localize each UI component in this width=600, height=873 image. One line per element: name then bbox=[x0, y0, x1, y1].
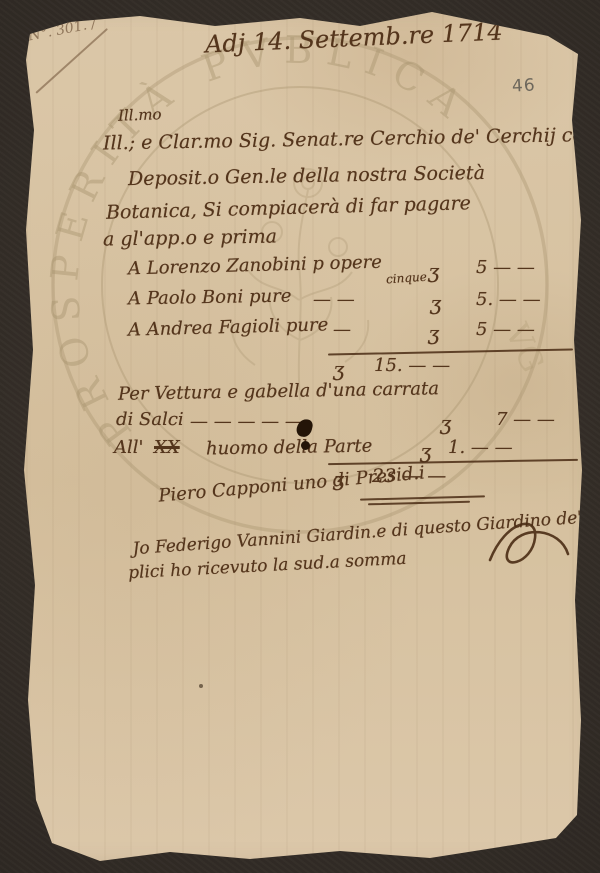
filler-dashes: — — bbox=[313, 289, 355, 310]
amount-value: 7 — — bbox=[496, 409, 555, 430]
amount-value: 1. — — bbox=[448, 437, 513, 458]
freight-row: di Salci — — — — — ʒ 7 — — bbox=[128, 409, 573, 437]
total-underline bbox=[368, 501, 470, 506]
lira-symbol: ʒ bbox=[430, 291, 441, 315]
salutation-abbreviation: Ill.mo bbox=[118, 105, 162, 125]
ink-blot bbox=[301, 441, 310, 450]
freight-item: di Salci bbox=[116, 409, 184, 430]
salutation-line: Botanica, Si compiacerà di far pagare bbox=[106, 192, 471, 224]
amount-value: 5 — — bbox=[476, 257, 535, 278]
archive-number: N°. 301. / bbox=[27, 16, 97, 45]
manuscript-page: PROSPERITÀ PVBLICA VG N°. 301. / 46 Adj … bbox=[0, 0, 600, 873]
salutation-line: Ill.; e Clar.mo Sig. Senat.re Cerchio de… bbox=[103, 124, 600, 155]
subtotal-value: 15. — — bbox=[374, 355, 450, 376]
payee-name: A Paolo Boni pure bbox=[128, 286, 292, 310]
freight-line: Per Vettura e gabella d'una carrata bbox=[118, 378, 439, 405]
ledger-row: A Andrea Fagioli pure — ʒ 5 — — bbox=[128, 317, 573, 347]
amount-value: 5 — — bbox=[476, 319, 535, 340]
photo-background: PROSPERITÀ PVBLICA VG N°. 301. / 46 Adj … bbox=[0, 0, 600, 873]
filler-dashes: — bbox=[333, 319, 351, 340]
salutation-line: Deposit.o Gen.le della nostra Società bbox=[128, 162, 485, 190]
parte-prefix: All' bbox=[114, 437, 143, 458]
lira-symbol: ʒ bbox=[420, 439, 431, 463]
struck-out-word: XX bbox=[154, 437, 180, 458]
amount-value: 5. — — bbox=[476, 289, 541, 310]
payee-name: A Andrea Fagioli pure bbox=[128, 314, 329, 340]
lira-symbol: ʒ bbox=[428, 321, 439, 345]
parte-text: huomo della Parte bbox=[206, 436, 373, 460]
paper-speck bbox=[199, 684, 203, 688]
lira-symbol: ʒ bbox=[440, 411, 451, 435]
pencil-folio-number: 46 bbox=[511, 75, 536, 96]
lira-symbol: ʒ bbox=[428, 259, 439, 283]
interlined-note: cinque bbox=[386, 270, 428, 287]
ledger-row: A Lorenzo Zanobini p opere cinque ʒ 5 — … bbox=[128, 255, 573, 285]
lira-symbol: ʒ bbox=[333, 357, 344, 381]
ledger-row: A Paolo Boni pure — — ʒ 5. — — bbox=[128, 287, 573, 317]
date-line: Adj 14. Settemb.re 1714 bbox=[205, 18, 504, 59]
payee-name: A Lorenzo Zanobini p opere bbox=[128, 252, 382, 280]
salutation-line: a gl'app.o e prima bbox=[103, 225, 277, 250]
filler-dashes: — — — — — bbox=[190, 411, 303, 432]
